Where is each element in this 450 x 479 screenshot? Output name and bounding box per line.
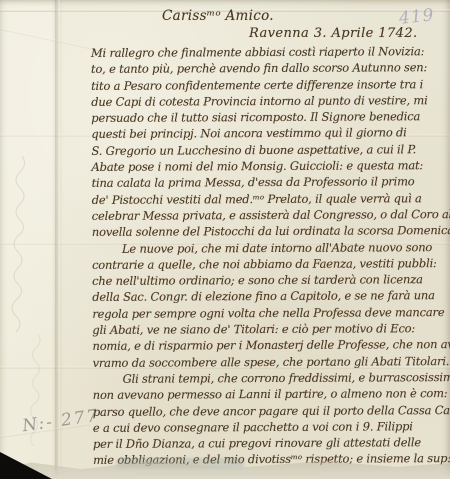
letter-line: de' Pistocchi vestiti dal med.ᵐᵒ Prelato…	[92, 190, 448, 208]
letter-line: novella solenne del Pistocchi da lui ord…	[92, 222, 448, 240]
letter-line: S. Gregorio un Lucchesino di buone aspet…	[91, 141, 447, 159]
ghost-writing-left-1	[8, 150, 34, 340]
letter-line: parso quello, che deve ancor pagare qui …	[93, 402, 449, 420]
letter-salutation: Carissᵐᵒ Amico.	[162, 8, 274, 24]
letter-line: due Capi di cotesta Provincia intorno al…	[91, 92, 447, 110]
letter-line: per il Dño Dianza, a cui pregovi rinovar…	[93, 434, 449, 452]
letter-line: Mi rallegro che finalmente abbiasi costì…	[91, 43, 447, 61]
letter-line: Le nuove poi, che mi date intorno all'Ab…	[92, 239, 448, 257]
letter-line: non avevano permesso ai Lanni il partire…	[93, 385, 449, 403]
letter-line: vramo da soccombere alle spese, che port…	[93, 353, 449, 371]
letter-line: contrarie a quelle, che noi abbiamo da F…	[92, 255, 448, 273]
letter-line: Gli strani tempi, che corrono freddissim…	[93, 369, 449, 387]
letter-line: persuado che il tutto siasi ricomposto. …	[91, 108, 447, 126]
letter-body: Mi rallegro che finalmente abbiasi costì…	[91, 43, 449, 469]
letter-scan: 419 N:- 277 Carissᵐᵒ Amico. Ravenna 3. A…	[0, 0, 450, 479]
letter-line: regola per sempre ogni volta che nella P…	[92, 304, 448, 322]
letter-line: to, e tanto più, perchè avendo fin dallo…	[91, 59, 447, 77]
letter-line: Abate pose i nomi del mio Monsig. Guicci…	[91, 157, 447, 175]
letter-line: e a cui devo consegnare il pacchetto a v…	[93, 418, 449, 436]
letter-line: questi bei principj. Noi ancora vestimmo…	[91, 125, 447, 143]
letter-line: nomia, e di risparmio per i Monasterj de…	[92, 336, 448, 354]
letter-line: tina calata la prima Messa, d'essa da Pr…	[92, 173, 448, 191]
letter-line: celebrar Messa privata, e assisterà dal …	[92, 206, 448, 224]
crease-vertical-left	[55, 0, 60, 479]
letter-line: che nell'ultimo ordinario; e sono che si…	[92, 271, 448, 289]
letter-line: tito a Pesaro confidentemente certe diff…	[91, 76, 447, 94]
letter-line: della Sac. Congr. di elezione fino a Cap…	[92, 288, 448, 306]
letter-dateline: Ravenna 3. Aprile 1742.	[249, 26, 418, 41]
letter-line: gli Abati, ve ne siano de' Titolari: e c…	[92, 320, 448, 338]
